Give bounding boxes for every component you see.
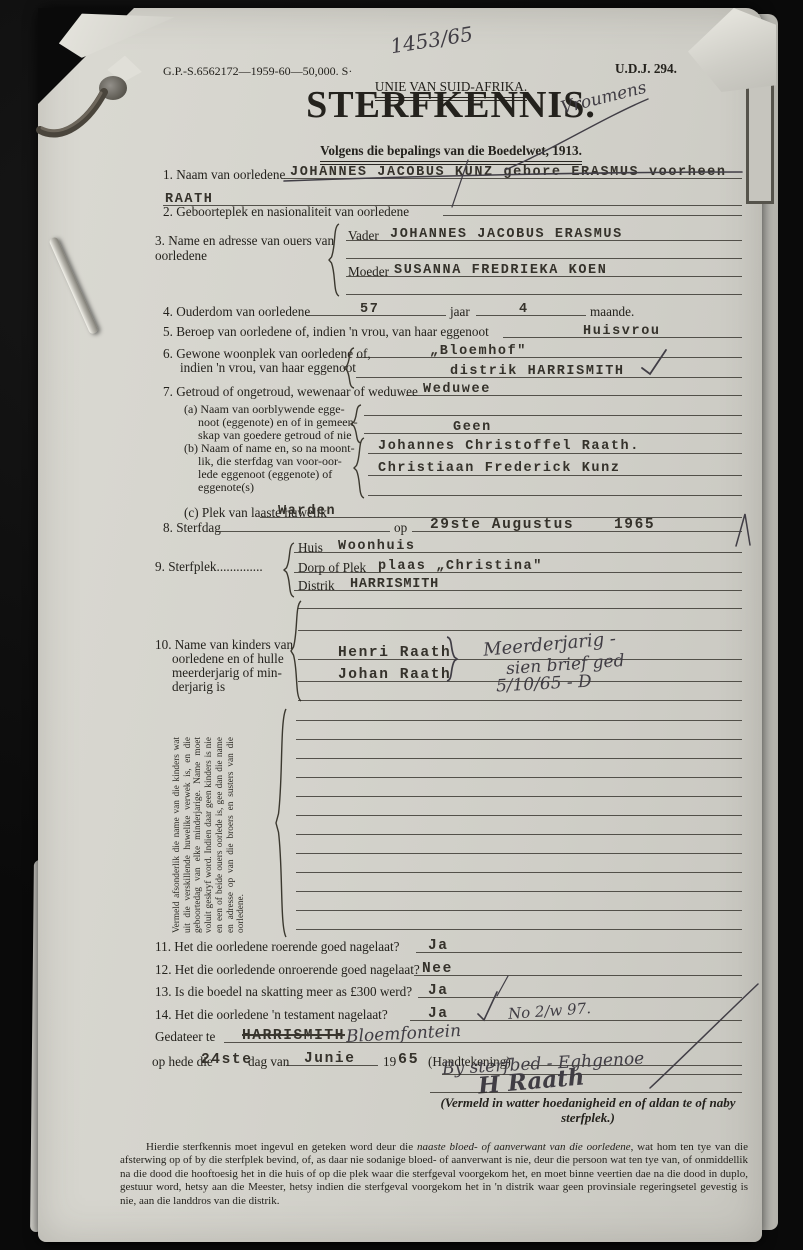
form-number: U.D.J. 294.	[615, 62, 677, 77]
dorp-label: Dorp of Plek	[298, 561, 366, 576]
ruled-line	[220, 531, 390, 532]
field12-value: Nee	[422, 961, 453, 977]
ruled-line	[296, 910, 742, 911]
field7b-label-line4: eggenote(s)	[198, 480, 254, 495]
dated-label: Gedateer te	[155, 1030, 215, 1045]
distrik-label: Distrik	[298, 579, 335, 594]
punch-hole	[99, 76, 127, 100]
moeder-label: Moeder	[348, 265, 389, 280]
document-page: 1453/65 G.P.-S.6562172—1959-60—50,000. S…	[38, 8, 762, 1242]
ruled-line	[416, 952, 742, 953]
check-mark-field6	[642, 350, 666, 374]
field4-years: 57	[360, 302, 379, 317]
field10-child2: Johan Raath	[338, 667, 451, 683]
long-diagonal-stroke	[650, 984, 758, 1088]
field5-label: 5. Beroep van oorledene of, indien 'n vr…	[163, 325, 489, 340]
brace-field3	[326, 223, 342, 302]
moeder-value: SUSANNA FREDRIEKA KOEN	[394, 263, 607, 278]
handwritten-case-number: 1453/65	[389, 22, 475, 59]
maande-label: maande.	[590, 305, 634, 320]
field11-value: Ja	[428, 938, 449, 954]
sidebar-instruction-note: Vermeld afsonderlik die name van die kin…	[172, 737, 266, 933]
field7-label: 7. Getroud of ongetroud, wewenaar of wed…	[163, 385, 418, 400]
dag-van-label: dag van	[248, 1055, 289, 1070]
ruled-line	[296, 872, 742, 873]
field6-value-line2: distrik HARRISMITH	[450, 364, 625, 379]
subtitle-text: Volgens die bepalings van die Boedelwet,…	[320, 144, 582, 165]
ruled-line	[418, 997, 742, 998]
form-subtitle: Volgens die bepalings van die Boedelwet,…	[271, 144, 631, 165]
field10-label-line4: derjarig is	[172, 680, 225, 695]
field7a-value: Geen	[453, 420, 492, 435]
field3-label: 3. Name en adresse van ouers van oorlede…	[155, 234, 345, 263]
ruled-line	[298, 630, 742, 631]
field7c-value: Warden	[278, 504, 336, 519]
field6-value-line1: „Bloemhof"	[430, 344, 527, 359]
distrik-value: HARRISMITH	[350, 577, 439, 592]
ruled-line	[296, 796, 742, 797]
date-day: 24ste	[201, 1052, 253, 1068]
field7-value: Weduwee	[423, 382, 491, 397]
footer-italic: naaste bloed- of aanverwant van die oorl…	[417, 1141, 631, 1153]
ruled-line	[364, 415, 742, 416]
footer-instructions: Hierdie sterfkennis moet ingevul en gete…	[120, 1141, 748, 1208]
ruled-line	[296, 739, 742, 740]
ruled-line	[296, 815, 742, 816]
ruled-line	[296, 853, 742, 854]
field13-value: Ja	[428, 983, 449, 999]
photo-of-death-notice: 1453/65 G.P.-S.6562172—1959-60—50,000. S…	[0, 0, 803, 1250]
ruled-line	[414, 975, 742, 976]
ruled-line	[296, 758, 742, 759]
field8-year: 1965	[614, 517, 655, 533]
pen-stroke-field13	[497, 976, 508, 996]
field4-label: 4. Ouderdom van oorledene	[163, 305, 310, 320]
ruled-line	[296, 891, 742, 892]
vader-label: Vader	[348, 229, 379, 244]
ruled-line	[298, 700, 742, 701]
field14-value: Ja	[428, 1006, 449, 1022]
pen-mark-field8	[736, 514, 750, 546]
field8-label: 8. Sterfdag	[163, 521, 221, 536]
field12-label: 12. Het die oorledende onroerende goed n…	[155, 963, 420, 978]
ruled-line	[356, 357, 742, 358]
field14-label: 14. Het die oorledene 'n testament nagel…	[155, 1008, 388, 1023]
footer-pre: Hierdie sterfkennis moet ingevul en gete…	[146, 1141, 417, 1153]
year-print: 19	[383, 1055, 396, 1070]
field4-months: 4	[519, 302, 529, 317]
year-value: 65	[398, 1051, 419, 1068]
huis-label: Huis	[298, 541, 323, 556]
brace-field7b	[351, 437, 367, 504]
ruled-line	[430, 1092, 742, 1093]
field1-label: 1. Naam van oorledene	[163, 168, 285, 183]
print-reference: G.P.-S.6562172—1959-60—50,000. S·	[163, 64, 352, 79]
field13-label: 13. Is die boedel na skatting meer as £3…	[155, 985, 412, 1000]
field7b-value-line2: Christiaan Frederick Kunz	[378, 461, 621, 476]
field2-label: 2. Geboorteplek en nasionaliteit van oor…	[163, 205, 409, 220]
capacity-note: (Vermeld in watter hoedanigheid en of al…	[426, 1095, 750, 1125]
field6-label-line2: indien 'n vrou, van haar eggenoot	[180, 361, 356, 376]
handwritten-brace	[444, 636, 460, 687]
field7b-value-line1: Johannes Christoffel Raath.	[378, 439, 640, 454]
field11-label: 11. Het die oorledene roerende goed nage…	[155, 940, 399, 955]
huis-value: Woonhuis	[338, 539, 416, 554]
date-month: Junie	[304, 1051, 356, 1067]
ruled-line	[298, 608, 742, 609]
ruled-line	[296, 834, 742, 835]
ruled-line	[296, 929, 742, 930]
field8-value: 29ste Augustus	[430, 517, 574, 533]
ruled-line	[346, 258, 742, 259]
brace-field10	[288, 600, 304, 707]
field5-value: Huisvrou	[583, 324, 661, 339]
field10-child1: Henri Raath	[338, 645, 451, 661]
field1-value-line1: JOHANNES JACOBUS KUNZ gebore ERASMUS voo…	[290, 165, 727, 180]
brace-children-section	[273, 708, 289, 943]
children-note-line3: 5/10/65 - D	[496, 672, 593, 697]
ruled-line	[296, 720, 742, 721]
vader-value: JOHANNES JACOBUS ERASMUS	[390, 227, 623, 242]
ruled-line	[346, 294, 742, 295]
ruled-line	[368, 495, 742, 496]
ruled-line	[296, 777, 742, 778]
dorp-value: plaas „Christina"	[378, 559, 543, 574]
jaar-label: jaar	[450, 305, 470, 320]
ruled-line	[443, 215, 742, 216]
dated-place-struck: HARRISMITH	[242, 1028, 345, 1044]
dated-place-handwritten: Bloemfontein	[346, 1021, 462, 1047]
op-label: op	[394, 521, 407, 536]
field9-label: 9. Sterfplek..............	[155, 560, 263, 575]
ruled-line	[364, 433, 742, 434]
ruled-line	[476, 315, 586, 316]
